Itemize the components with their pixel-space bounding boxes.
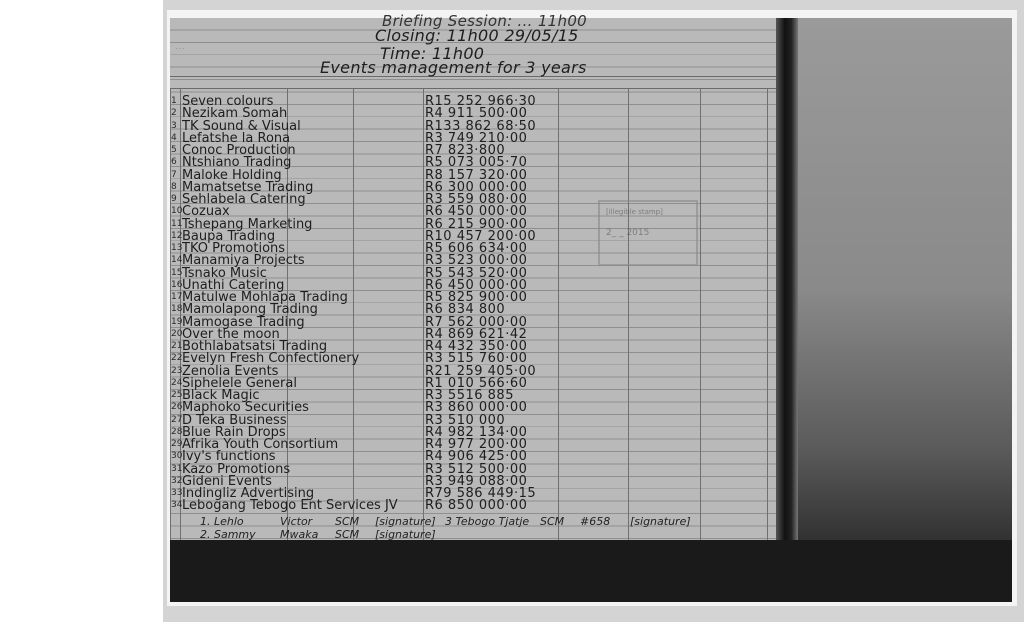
signature-1-dept: SCM (335, 515, 359, 528)
bidder-number: 31 (171, 464, 182, 474)
bidder-number: 8 (171, 182, 177, 192)
book-spine (776, 18, 798, 548)
scan-shadow-band (170, 540, 1012, 602)
bidder-number: 16 (171, 280, 182, 290)
bidder-number: 34 (171, 500, 182, 510)
bidder-number: 13 (171, 243, 182, 253)
page-marker: · · · (176, 46, 184, 52)
bid-amount: R6 850 000·00 (425, 498, 527, 513)
bidder-number: 30 (171, 451, 182, 461)
bidder-number: 26 (171, 402, 182, 412)
bidder-name: Lebogang Tebogo Ent Services JV (182, 498, 398, 513)
bidder-number: 15 (171, 268, 182, 278)
bidder-number: 28 (171, 427, 182, 437)
bidder-number: 18 (171, 304, 182, 314)
tender-title: Events management for 3 years (320, 58, 587, 77)
signature-3-dept: SCM (540, 515, 564, 528)
bidder-number: 25 (171, 390, 182, 400)
bidder-number: 3 (171, 121, 177, 131)
signature-3-name: 3 Tebogo Tjatje (445, 515, 529, 528)
bidder-number: 29 (171, 439, 182, 449)
bidder-row: 34Lebogang Tebogo Ent Services JVR6 850 … (170, 502, 776, 514)
bidder-number: 11 (171, 219, 182, 229)
bidder-number: 1 (171, 96, 177, 106)
closing-line: Closing: 11h00 29/05/15 (375, 26, 579, 45)
ledger-page: · · · Briefing Session: ... 11h00 Closin… (170, 18, 776, 546)
signature-1-name: 1. Lehlo (200, 515, 244, 528)
signature-3-number: #658 (580, 515, 610, 528)
bidder-number: 5 (171, 145, 177, 155)
bidder-number: 23 (171, 366, 182, 376)
bidder-number: 2 (171, 108, 177, 118)
bidder-number: 27 (171, 415, 182, 425)
bidder-number: 32 (171, 476, 182, 486)
bidder-number: 19 (171, 317, 182, 327)
right-facing-page (785, 18, 1012, 558)
bidder-number: 9 (171, 194, 177, 204)
header-rule (170, 88, 776, 89)
bidder-number: 7 (171, 170, 177, 180)
bidder-number: 20 (171, 329, 182, 339)
bidder-number: 10 (171, 206, 182, 216)
bidder-number: 22 (171, 353, 182, 363)
bidder-number: 12 (171, 231, 182, 241)
bidder-number: 14 (171, 255, 182, 265)
bidder-list: 1Seven coloursR15 252 966·302Nezikam Som… (170, 98, 776, 515)
signature-1-surname: Victor (280, 515, 312, 528)
signature-3-sign: [signature] (630, 515, 691, 528)
signature-1-sign: [signature] (375, 515, 436, 528)
bidder-number: 17 (171, 292, 182, 302)
bidder-number: 4 (171, 133, 177, 143)
bidder-number: 24 (171, 378, 182, 388)
bidder-number: 6 (171, 157, 177, 167)
bidder-number: 33 (171, 488, 182, 498)
bidder-number: 21 (171, 341, 182, 351)
